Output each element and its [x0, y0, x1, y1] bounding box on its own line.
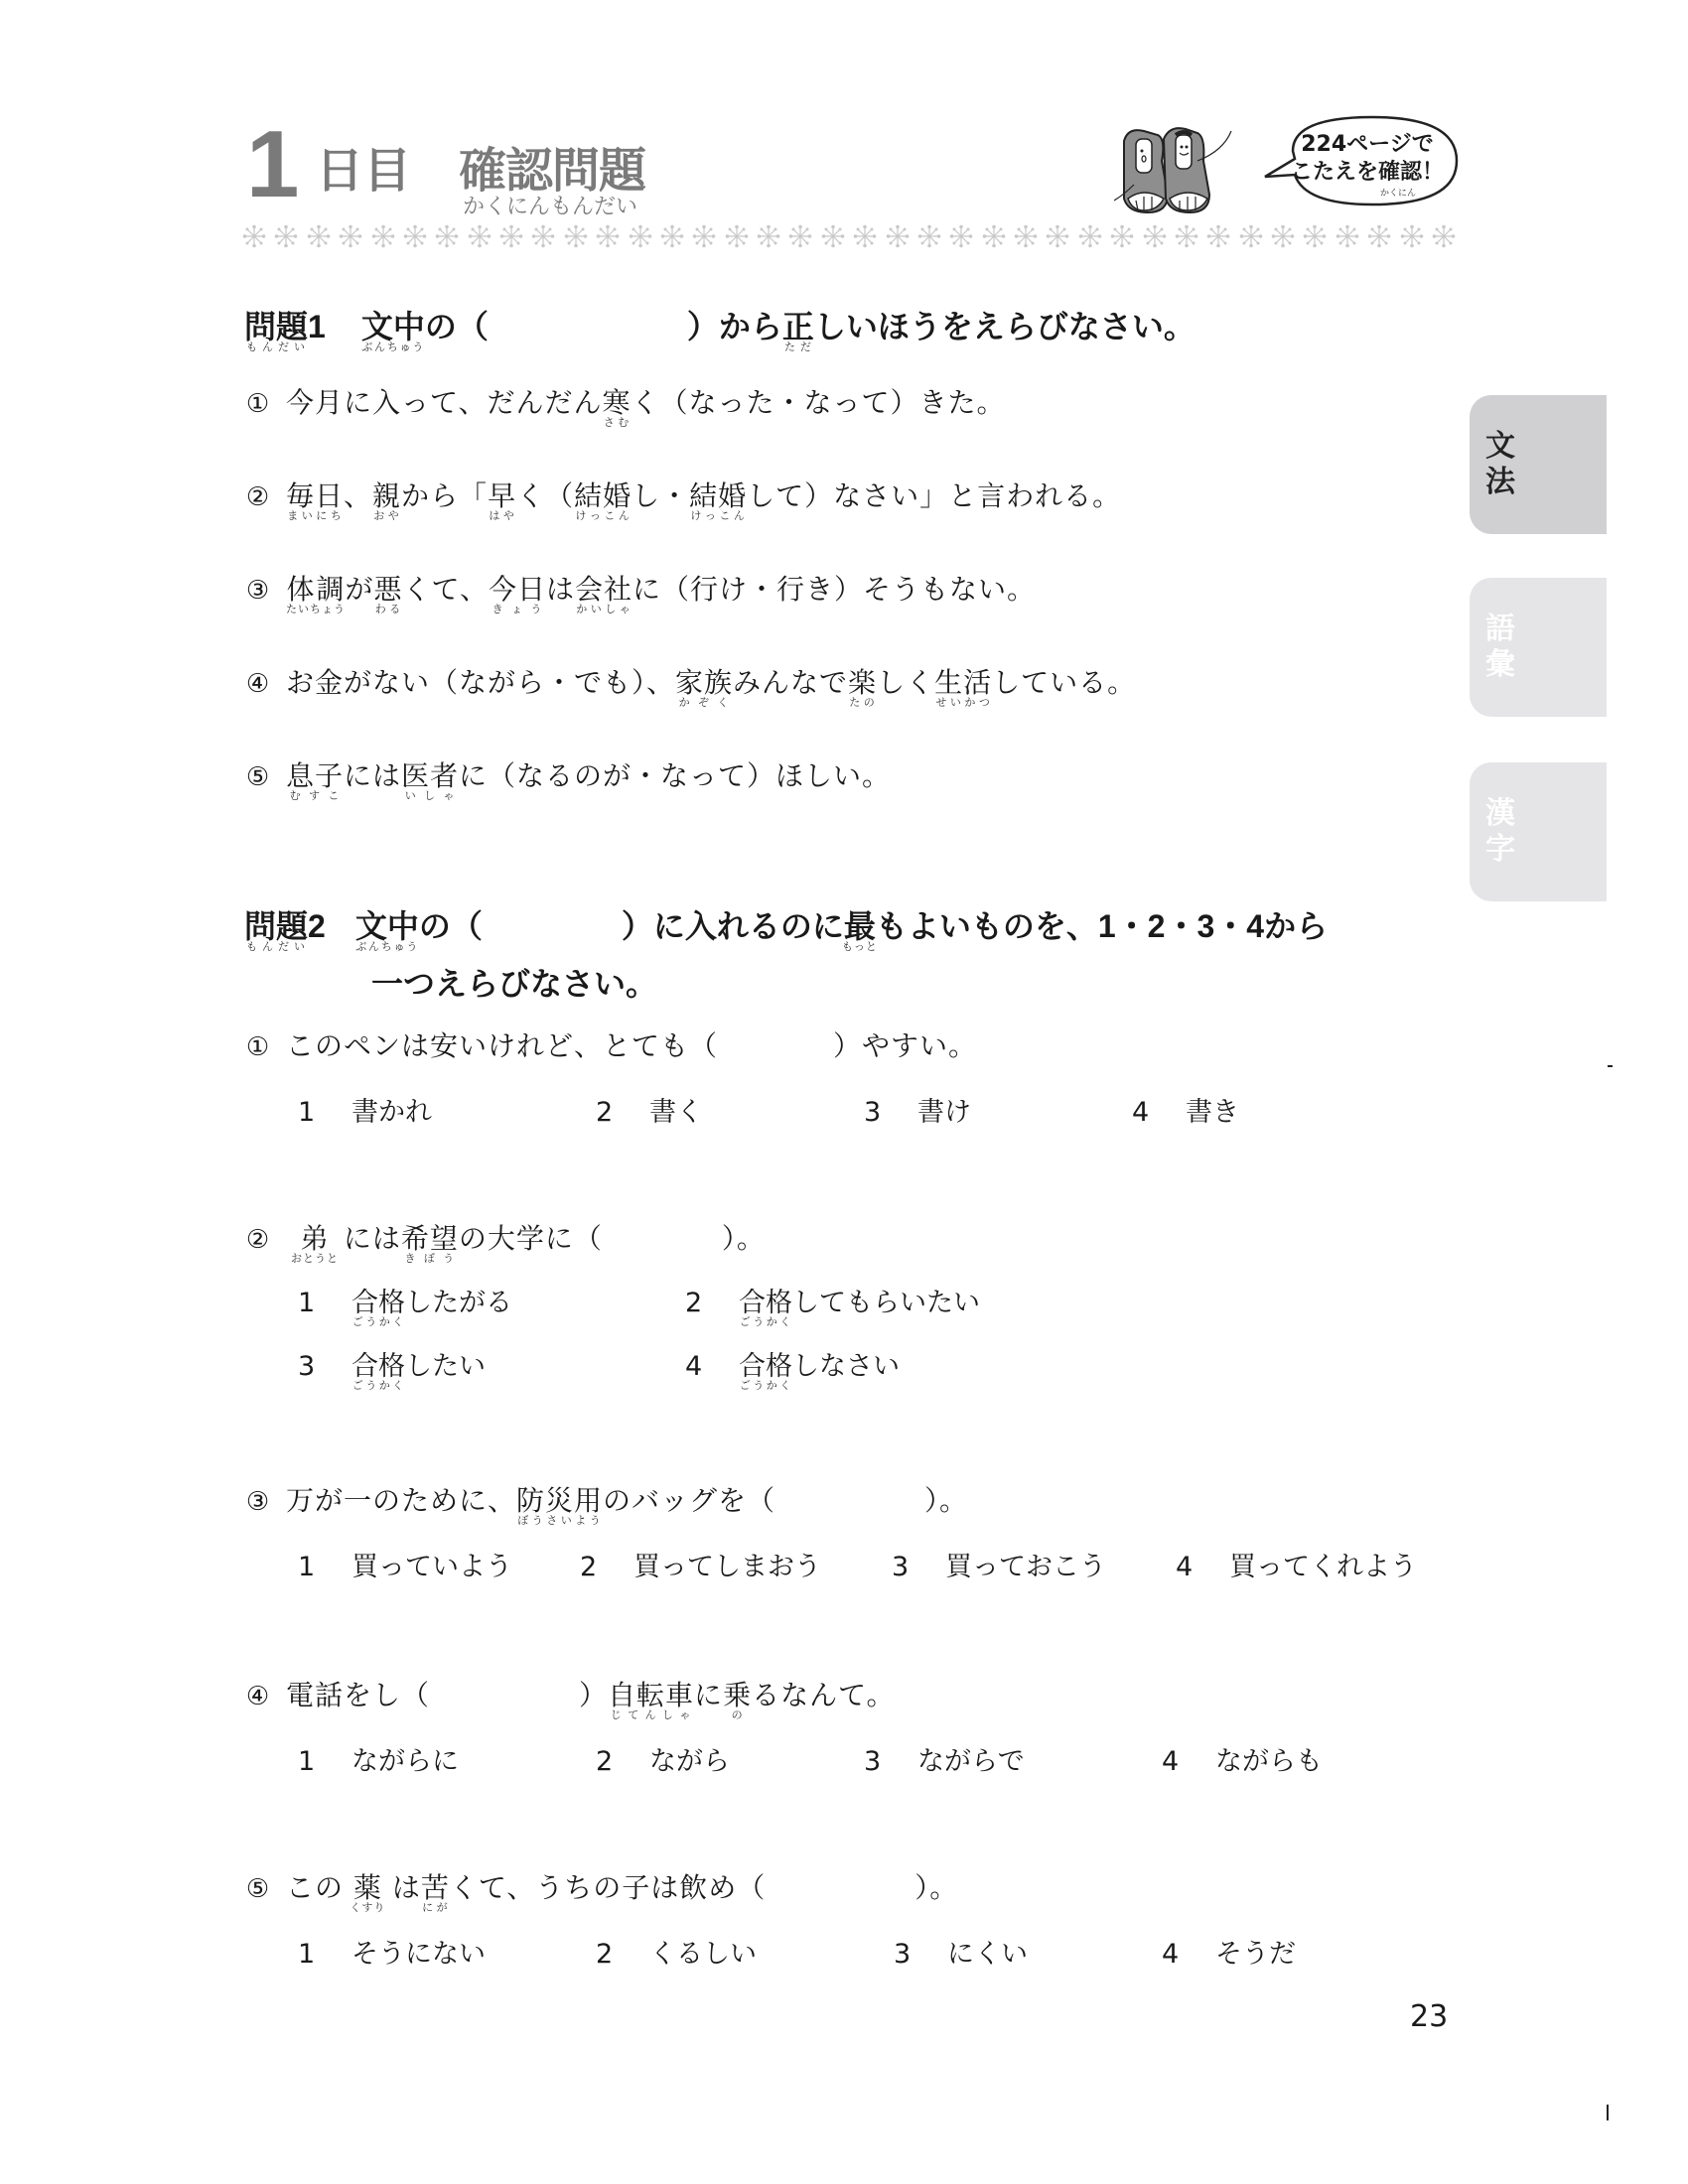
option-4[interactable]: 4そうだ [1162, 1932, 1296, 1971]
word-bunchuu: 文中ぶんちゅう [361, 309, 425, 344]
option-3[interactable]: 3にくい [894, 1932, 1028, 1971]
tab-vocabulary[interactable]: 語 彙 [1470, 578, 1607, 717]
star-ornament-icon [1336, 224, 1359, 248]
callout-ruby: かくにん [1380, 186, 1416, 199]
star-ornament-icon [1143, 224, 1167, 248]
star-ornament-icon [725, 224, 749, 248]
question-number: ③ [244, 576, 272, 606]
star-ornament-icon [1239, 224, 1263, 248]
sneakers-mascot-icon [1114, 121, 1253, 220]
star-ornament-icon [982, 224, 1006, 248]
tab-grammar[interactable]: 文 法 [1470, 395, 1607, 534]
problem-2-question-4: ④電話をし（）自転車じてんしゃに乗のるなんて。 [244, 1674, 896, 1720]
star-ornament-icon [886, 224, 910, 248]
option-2[interactable]: 2買ってしまおう [580, 1545, 821, 1583]
problem-number: 1 [308, 309, 326, 344]
page-number: 23 [1410, 1999, 1448, 2034]
tab-label: 漢 [1485, 796, 1607, 832]
star-ornament-icon [435, 224, 459, 248]
callout-line-2: こたえを確認！ [1283, 159, 1452, 187]
problem-1-question-4: ④お金がない（ながら・でも）、家族かぞくみんなで楽たのしく生活せいかつしている。 [244, 661, 1136, 708]
option-2[interactable]: 2書く [596, 1090, 703, 1129]
question-number: ② [244, 482, 272, 512]
star-ornament-icon [1078, 224, 1102, 248]
answer-callout: 224ページで こたえを確認！ [1283, 131, 1452, 187]
star-ornament-icon [403, 224, 427, 248]
option-2[interactable]: 2くるしい [596, 1932, 757, 1971]
day-number: 1 [246, 117, 297, 212]
star-ornament-icon [1046, 224, 1069, 248]
problem-1-question-5: ⑤息子むすこには医者いしゃに（なるのが・なって）ほしい。 [244, 754, 891, 801]
star-ornament-icon [468, 224, 492, 248]
problem-1-question-2: ②毎日まいにち、親おやから「早はやく（結婚けっこんし・結婚けっこんして）なさい」… [244, 475, 1121, 521]
star-ornament-icon [274, 224, 298, 248]
option-3[interactable]: 3合格ごうかくしたい [298, 1344, 486, 1391]
problem-1-question-3: ③体調たいちょうが悪わるくて、今日きょうは会社かいしゃに（行け・行き）そうもない… [244, 568, 1036, 614]
star-ornament-icon [949, 224, 973, 248]
star-ornament-icon [307, 224, 331, 248]
problem-number: 2 [308, 908, 326, 944]
option-4[interactable]: 4買ってくれよう [1176, 1545, 1417, 1583]
question-number: ① [244, 389, 272, 419]
tab-label: 法 [1485, 465, 1607, 500]
question-number: ⑤ [244, 762, 272, 792]
tab-label: 文 [1485, 429, 1607, 465]
crop-mark [1607, 2105, 1609, 2120]
star-ornament-icon [1400, 224, 1424, 248]
star-ornament-icon [1303, 224, 1327, 248]
option-4[interactable]: 4ながらも [1162, 1739, 1323, 1778]
star-ornament-icon [1367, 224, 1391, 248]
option-3[interactable]: 3書け [864, 1090, 971, 1129]
star-ornament-icon [371, 224, 395, 248]
option-4[interactable]: 4合格ごうかくしなさい [685, 1344, 900, 1391]
problem-2-instruction: 問題もんだい2文中ぶんちゅうの（）に入れるのに最もっともよいものを、1・2・3・… [244, 901, 1328, 952]
star-ornament-icon [821, 224, 845, 248]
option-3[interactable]: 3ながらで [864, 1739, 1025, 1778]
star-ornament-icon [788, 224, 812, 248]
star-divider [242, 224, 1456, 250]
question-number: ② [244, 1225, 272, 1255]
star-ornament-icon [339, 224, 362, 248]
star-ornament-icon [1206, 224, 1230, 248]
star-ornament-icon [1271, 224, 1295, 248]
star-ornament-icon [1110, 224, 1134, 248]
tab-label: 字 [1485, 832, 1607, 868]
tab-label: 彙 [1485, 647, 1607, 683]
option-1[interactable]: 1合格ごうかくしたがる [298, 1281, 512, 1327]
problem-1-instruction: 問題もんだい1文中ぶんちゅうの（）から正ただしいほうをえらびなさい。 [244, 302, 1196, 352]
day-label: 日目 [316, 147, 411, 195]
page-title: 確認問題 [459, 147, 645, 195]
option-2[interactable]: 2合格ごうかくしてもらいたい [685, 1281, 980, 1327]
option-1[interactable]: 1買っていよう [298, 1545, 512, 1583]
problem-2-question-1: ①このペンは安いけれど、とても（ ）やすい。 [244, 1024, 977, 1064]
problem-1-question-1: ①今月に入って、だんだん寒さむく（なった・なって）きた。 [244, 381, 1005, 428]
problem-2-question-3: ③万が一のために、防災用ぼうさいようのバッグを（）。 [244, 1479, 968, 1526]
option-2[interactable]: 2ながら [596, 1739, 730, 1778]
option-1[interactable]: 1書かれ [298, 1090, 432, 1129]
star-ornament-icon [660, 224, 684, 248]
tab-label: 語 [1485, 612, 1607, 647]
question-number: ③ [244, 1487, 272, 1517]
star-ornament-icon [853, 224, 877, 248]
tab-kanji[interactable]: 漢 字 [1470, 762, 1607, 901]
option-3[interactable]: 3買っておこう [892, 1545, 1106, 1583]
star-ornament-icon [692, 224, 716, 248]
problem-2-question-5: ⑤この 薬くすり は苦にがくて、うちの子は飲め（）。 [244, 1866, 958, 1913]
option-1[interactable]: 1そうにない [298, 1932, 486, 1971]
star-ornament-icon [499, 224, 523, 248]
question-number: ① [244, 1032, 272, 1062]
crop-mark [1608, 1065, 1613, 1067]
star-ornament-icon [531, 224, 555, 248]
question-number: ⑤ [244, 1874, 272, 1904]
option-1[interactable]: 1ながらに [298, 1739, 459, 1778]
star-ornament-icon [1175, 224, 1198, 248]
problem-label: 問題もんだい [244, 908, 308, 944]
star-ornament-icon [596, 224, 620, 248]
star-ornament-icon [629, 224, 652, 248]
problem-2-question-2: ② 弟おとうと には希望きぼうの大学に（）。 [244, 1217, 766, 1264]
star-ornament-icon [564, 224, 588, 248]
question-number: ④ [244, 1682, 272, 1711]
problem-2-instruction-line-2: 一つえらびなさい。 [371, 959, 657, 1005]
star-ornament-icon [757, 224, 780, 248]
star-ornament-icon [917, 224, 941, 248]
callout-line-1: 224ページで [1283, 131, 1452, 159]
page-title-reading: かくにんもんだい [463, 197, 637, 218]
option-4[interactable]: 4書き [1132, 1090, 1239, 1129]
star-ornament-icon [1014, 224, 1038, 248]
star-ornament-icon [1432, 224, 1456, 248]
problem-label: 問題もんだい [244, 309, 308, 344]
star-ornament-icon [242, 224, 266, 248]
question-number: ④ [244, 669, 272, 699]
